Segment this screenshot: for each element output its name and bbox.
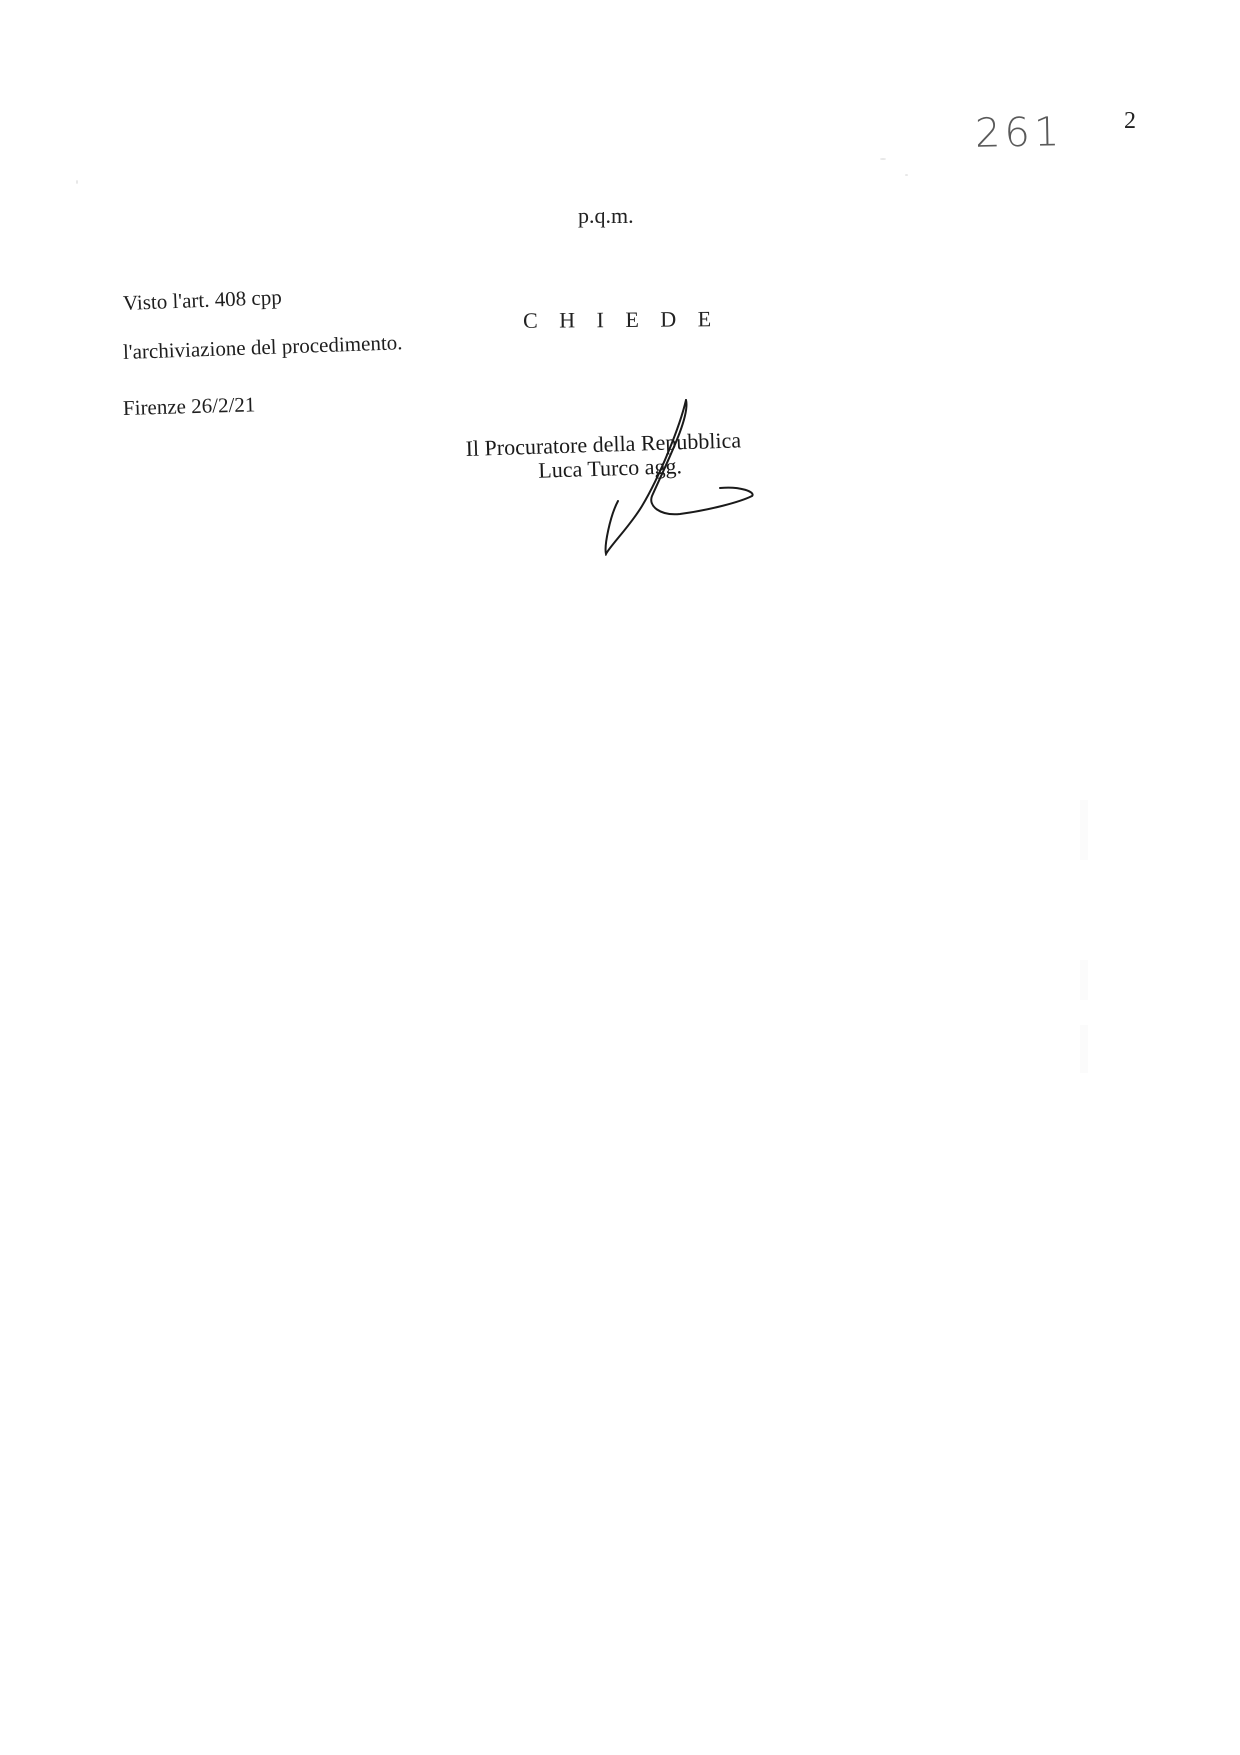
place-date-suffix: /2/21 [212,392,256,417]
document-page: 261 2 p.q.m. Visto l'art. 408 cpp C H I … [0,0,1240,1755]
request-line: l'archiviazione del procedimento. [123,330,403,365]
scan-edge-band [1080,800,1088,860]
heading-pqm: p.q.m. [578,203,634,229]
scan-speck [905,174,908,176]
page-number: 2 [1124,108,1136,135]
signatory-name: Luca Turco agg. [538,451,742,483]
place-date-line: Firenze 26/2/21 [123,392,256,421]
handwritten-date-correction: 6 [201,394,212,419]
scan-speck [76,180,78,184]
visto-line: Visto l'art. 408 cpp [123,285,283,316]
scan-edge-band [1080,1025,1088,1073]
stamp-number: 261 [975,109,1064,157]
chiede-heading: C H I E D E [523,306,719,334]
scan-edge-band [1080,960,1088,1000]
scan-speck [880,158,886,160]
signature-block: Il Procuratore della Repubblica Luca Tur… [465,427,742,486]
place-date-prefix: Firenze 2 [123,394,202,420]
